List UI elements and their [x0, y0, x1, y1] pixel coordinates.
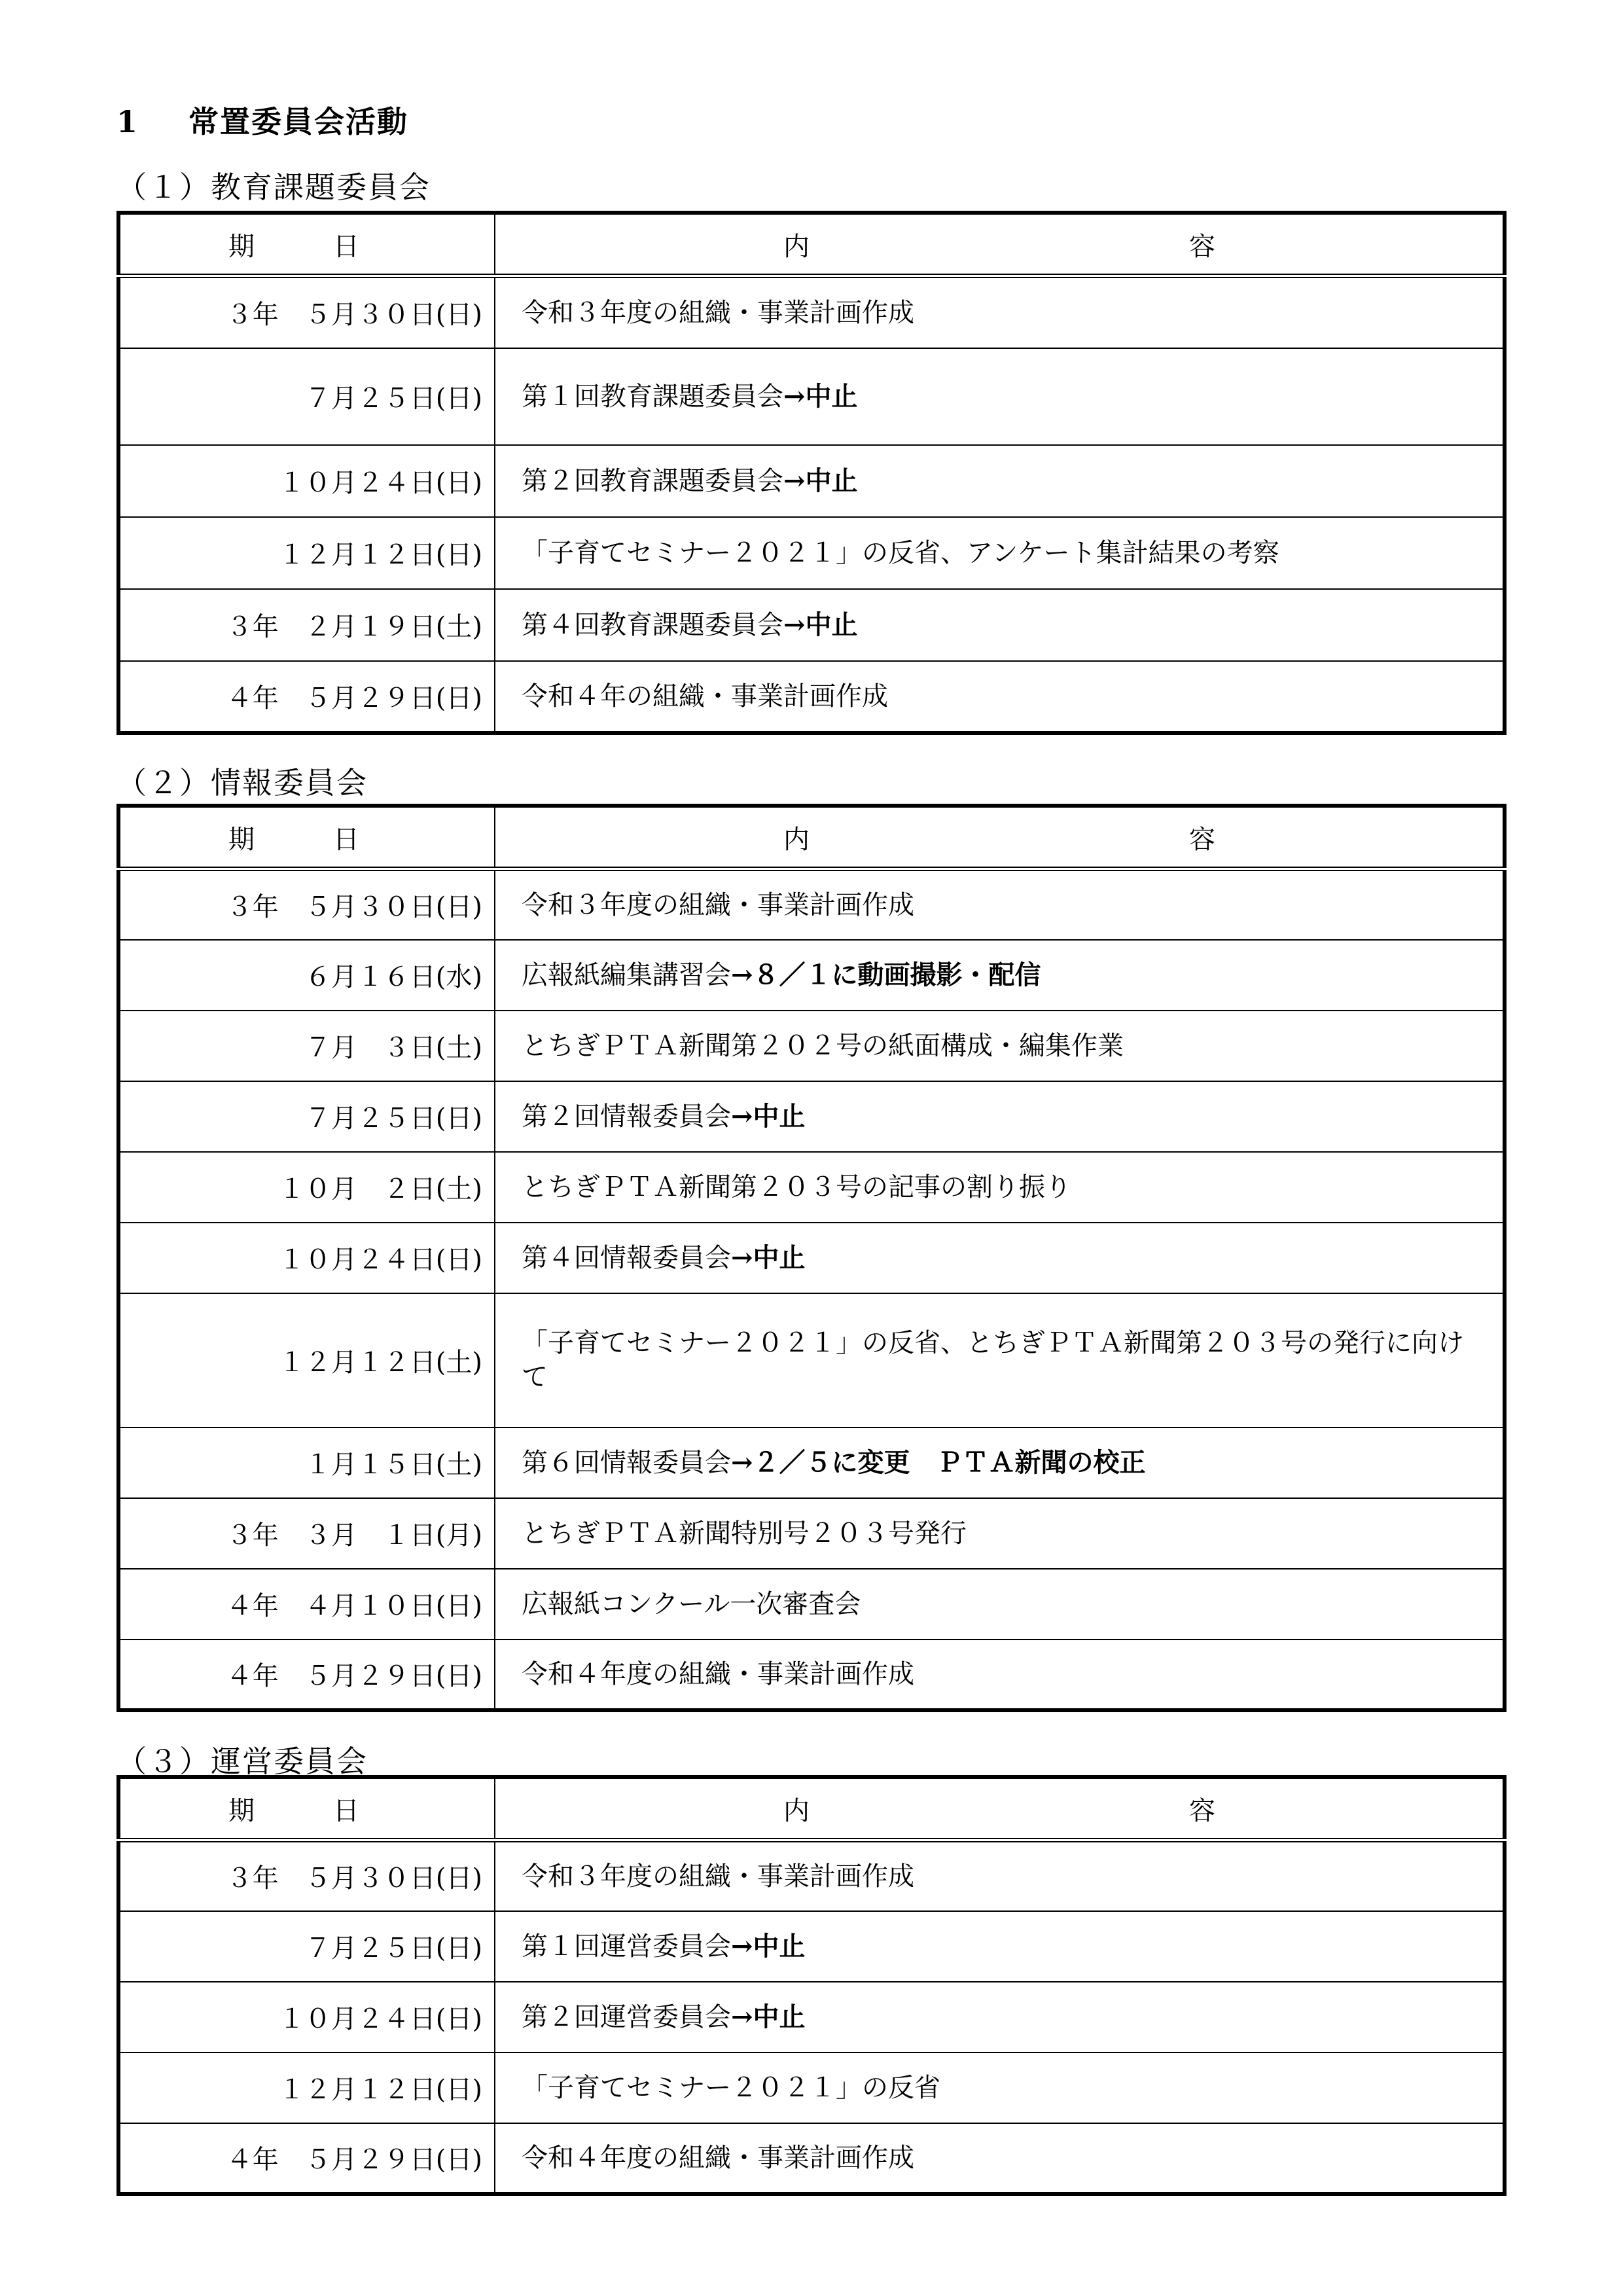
table-row: ４年 ５月２９日(日)令和４年度の組織・事業計画作成 — [118, 1640, 1505, 1710]
row-date: ７月 ３日(土) — [118, 1011, 495, 1081]
header-content: 内容 — [495, 213, 1505, 276]
table-header-row: 期 日 内容 — [118, 806, 1505, 869]
row-date: １月１５日(土) — [118, 1427, 495, 1498]
table-row: １２月１２日(土)「子育てセミナー２０２１」の反省、とちぎＰＴＡ新聞第２０３号の… — [118, 1293, 1505, 1427]
section-title: 1常置委員会活動 — [116, 98, 408, 141]
table-row: ３年 ５月３０日(日)令和３年度の組織・事業計画作成 — [118, 276, 1505, 348]
row-date: １０月２４日(日) — [118, 1982, 495, 2053]
table-row: １２月１２日(日)「子育てセミナー２０２１」の反省 — [118, 2053, 1505, 2123]
row-content: 第１回教育課題委員会→中止 — [495, 348, 1505, 445]
row-content: 第２回運営委員会→中止 — [495, 1982, 1505, 2053]
header-date: 期 日 — [118, 213, 495, 276]
table-row: １２月１２日(日)「子育てセミナー２０２１」の反省、アンケート集計結果の考察 — [118, 517, 1505, 589]
row-date: １０月２４日(日) — [118, 445, 495, 517]
row-date: １０月 ２日(土) — [118, 1152, 495, 1223]
table-row: ７月２５日(日)第２回情報委員会→中止 — [118, 1081, 1505, 1152]
table-row: １０月 ２日(土)とちぎＰＴＡ新聞第２０３号の記事の割り振り — [118, 1152, 1505, 1223]
section-number: 1 — [116, 104, 188, 139]
committee-title-education: （１）教育課題委員会 — [116, 164, 431, 207]
table-row: ７月 ３日(土)とちぎＰＴＡ新聞第２０２号の紙面構成・編集作業 — [118, 1011, 1505, 1081]
table-row: ４年 ５月２９日(日)令和４年度の組織・事業計画作成 — [118, 2123, 1505, 2194]
row-date: １２月１２日(土) — [118, 1293, 495, 1427]
row-date: ３年 ５月３０日(日) — [118, 1840, 495, 1911]
header-date: 期 日 — [118, 1777, 495, 1840]
committee-title-information: （２）情報委員会 — [116, 759, 368, 802]
table-row: ３年 ２月１９日(土)第４回教育課題委員会→中止 — [118, 589, 1505, 661]
row-date: ４年 ５月２９日(日) — [118, 661, 495, 733]
row-date: １２月１２日(日) — [118, 517, 495, 589]
row-date: ６月１６日(水) — [118, 940, 495, 1011]
row-date: ３年 ５月３０日(日) — [118, 869, 495, 940]
table-row: １月１５日(土)第６回情報委員会→２／５に変更 ＰＴＡ新聞の校正 — [118, 1427, 1505, 1498]
table-row: １０月２４日(日)第２回教育課題委員会→中止 — [118, 445, 1505, 517]
row-date: ３年 ５月３０日(日) — [118, 276, 495, 348]
row-content: 第２回情報委員会→中止 — [495, 1081, 1505, 1152]
table-row: １０月２４日(日)第２回運営委員会→中止 — [118, 1982, 1505, 2053]
schedule-table-information: 期 日 内容 ３年 ５月３０日(日)令和３年度の組織・事業計画作成 ６月１６日(… — [116, 804, 1507, 1712]
section-label: 常置委員会活動 — [188, 104, 408, 139]
row-content: 第４回教育課題委員会→中止 — [495, 589, 1505, 661]
table-header-row: 期 日 内容 — [118, 213, 1505, 276]
row-content: とちぎＰＴＡ新聞第２０３号の記事の割り振り — [495, 1152, 1505, 1223]
row-date: ７月２５日(日) — [118, 1911, 495, 1982]
row-content: 第１回運営委員会→中止 — [495, 1911, 1505, 1982]
table-row: ３年 ５月３０日(日)令和３年度の組織・事業計画作成 — [118, 1840, 1505, 1911]
row-date: ３年 ３月 １日(月) — [118, 1498, 495, 1569]
table-row: ３年 ３月 １日(月)とちぎＰＴＡ新聞特別号２０３号発行 — [118, 1498, 1505, 1569]
row-content: 令和４年度の組織・事業計画作成 — [495, 1640, 1505, 1710]
row-date: ４年 ５月２９日(日) — [118, 2123, 495, 2194]
table-row: ６月１６日(水)広報紙編集講習会→８／１に動画撮影・配信 — [118, 940, 1505, 1011]
row-content: 令和３年度の組織・事業計画作成 — [495, 1840, 1505, 1911]
row-date: ３年 ２月１９日(土) — [118, 589, 495, 661]
schedule-table-education: 期 日 内容 ３年 ５月３０日(日)令和３年度の組織・事業計画作成 ７月２５日(… — [116, 211, 1507, 735]
header-content: 内容 — [495, 1777, 1505, 1840]
table-row: ４年 ４月１０日(日)広報紙コンクール一次審査会 — [118, 1569, 1505, 1640]
table-row: ７月２５日(日)第１回教育課題委員会→中止 — [118, 348, 1505, 445]
row-date: ４年 ４月１０日(日) — [118, 1569, 495, 1640]
row-content: 令和４年度の組織・事業計画作成 — [495, 2123, 1505, 2194]
table-header-row: 期 日 内容 — [118, 1777, 1505, 1840]
row-content: 第６回情報委員会→２／５に変更 ＰＴＡ新聞の校正 — [495, 1427, 1505, 1498]
header-content: 内容 — [495, 806, 1505, 869]
row-date: ４年 ５月２９日(日) — [118, 1640, 495, 1710]
row-content: 「子育てセミナー２０２１」の反省 — [495, 2053, 1505, 2123]
row-date: ７月２５日(日) — [118, 348, 495, 445]
row-content: とちぎＰＴＡ新聞特別号２０３号発行 — [495, 1498, 1505, 1569]
row-content: 広報紙編集講習会→８／１に動画撮影・配信 — [495, 940, 1505, 1011]
schedule-table-management: 期 日 内容 ３年 ５月３０日(日)令和３年度の組織・事業計画作成 ７月２５日(… — [116, 1775, 1507, 2196]
row-content: 第２回教育課題委員会→中止 — [495, 445, 1505, 517]
row-content: 第４回情報委員会→中止 — [495, 1223, 1505, 1293]
table-row: １０月２４日(日)第４回情報委員会→中止 — [118, 1223, 1505, 1293]
table-row: ３年 ５月３０日(日)令和３年度の組織・事業計画作成 — [118, 869, 1505, 940]
row-content: 令和３年度の組織・事業計画作成 — [495, 276, 1505, 348]
row-date: １２月１２日(日) — [118, 2053, 495, 2123]
row-date: １０月２４日(日) — [118, 1223, 495, 1293]
row-content: 広報紙コンクール一次審査会 — [495, 1569, 1505, 1640]
table-row: ４年 ５月２９日(日)令和４年の組織・事業計画作成 — [118, 661, 1505, 733]
row-content: 「子育てセミナー２０２１」の反省、アンケート集計結果の考察 — [495, 517, 1505, 589]
row-content: 令和３年度の組織・事業計画作成 — [495, 869, 1505, 940]
row-content: 令和４年の組織・事業計画作成 — [495, 661, 1505, 733]
table-row: ７月２５日(日)第１回運営委員会→中止 — [118, 1911, 1505, 1982]
header-date: 期 日 — [118, 806, 495, 869]
row-content: とちぎＰＴＡ新聞第２０２号の紙面構成・編集作業 — [495, 1011, 1505, 1081]
row-content: 「子育てセミナー２０２１」の反省、とちぎＰＴＡ新聞第２０３号の発行に向けて — [495, 1293, 1505, 1427]
row-date: ７月２５日(日) — [118, 1081, 495, 1152]
